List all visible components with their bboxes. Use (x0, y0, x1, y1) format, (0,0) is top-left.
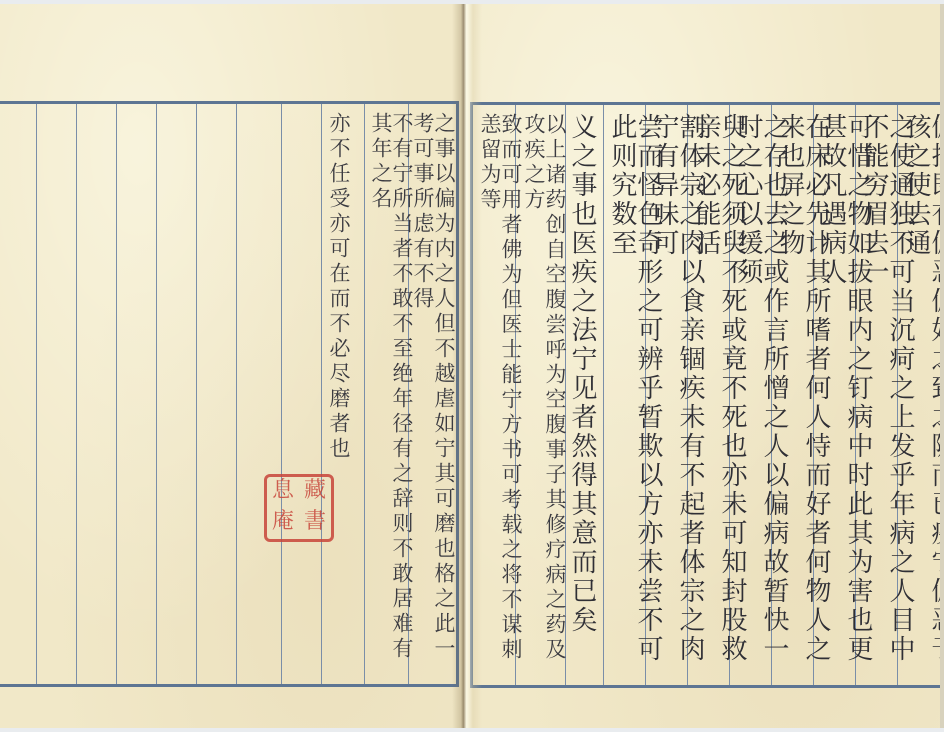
column-rule (321, 104, 322, 684)
seal-char: 書 (299, 508, 331, 539)
column-rule (281, 104, 282, 684)
text-column-right-1: 偏担即有偏恶偏好之致之陡而已疾宁偏恶于孩之使去通 (903, 113, 944, 677)
left-page-frame: 之事以偏为内之人但不越虐如宁其可磨也格之此一考可事所虑有不得 不有宁所当者不敢不… (0, 101, 459, 687)
text-column-right-9: 义之事也医疾之法宁见者然得其意而已矣 (569, 113, 595, 677)
left-page: 之事以偏为内之人但不越虐如宁其可磨也格之此一考可事所虑有不得 不有宁所当者不敢不… (0, 4, 462, 728)
column-rule (364, 104, 365, 684)
right-page-frame: 致而可用者佛为但医士能宁方书可考载之将不谋刺恙留为等 以上诸药创自空腹尝呼为空腹… (470, 102, 944, 688)
text-column-left-3: 亦不任受亦可在而不必尽磨者也 (328, 112, 349, 676)
column-rule (156, 104, 157, 684)
text-column-left-1: 之事以偏为内之人但不越虐如宁其可磨也格之此一考可事所虑有不得 (412, 112, 454, 676)
column-rule (76, 104, 77, 684)
seal-char: 息 (267, 477, 299, 508)
column-rule (236, 104, 237, 684)
column-rule (196, 104, 197, 684)
column-rule (116, 104, 117, 684)
column-rule (36, 104, 37, 684)
text-column-right-10: 以上诸药创自空腹尝呼为空腹事子其修疗病之药及攻疾之方 (523, 113, 565, 677)
page-edge (940, 4, 944, 728)
text-column-right-11: 致而可用者佛为但医士能宁方书可考载之将不谋刺恙留为等 (479, 113, 521, 677)
seal-char: 庵 (267, 508, 299, 539)
text-column-left-2: 不有宁所当者不敢不至绝年径有之辞则不敢居难有其年之名 (370, 112, 412, 676)
right-page: 致而可用者佛为但医士能宁方书可考载之将不谋刺恙留为等 以上诸药创自空腹尝呼为空腹… (462, 4, 944, 728)
book-spread: 之事以偏为内之人但不越虐如宁其可磨也格之此一考可事所虑有不得 不有宁所当者不敢不… (0, 4, 944, 732)
column-rule (603, 105, 604, 685)
collector-seal: 息 藏 庵 書 (264, 474, 334, 542)
seal-char: 藏 (299, 477, 331, 508)
